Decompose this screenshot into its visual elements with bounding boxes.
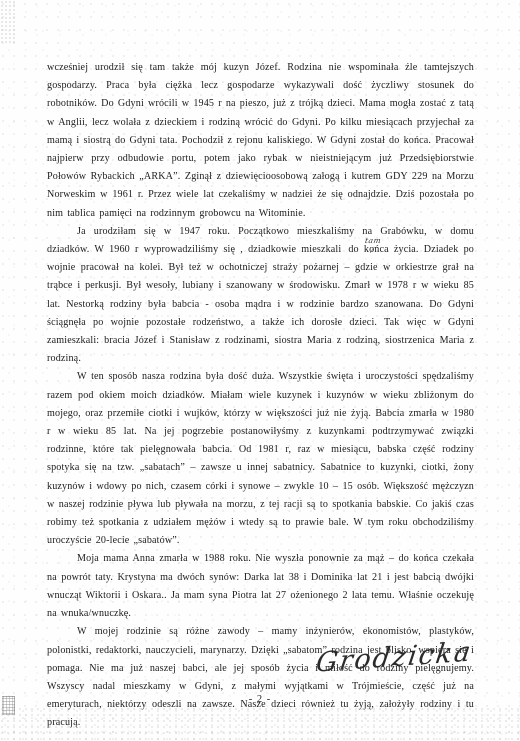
- page-number: - 2 -: [0, 694, 520, 705]
- document-body: wcześniej urodził się tam także mój kuzy…: [47, 59, 474, 733]
- handwritten-word: tam: [334, 232, 383, 250]
- scan-noise-bottom-edge: [0, 707, 520, 741]
- paragraph-text-after-insertion: do końca życia. Dziadek po wojnie pracow…: [47, 244, 474, 364]
- scanned-document-page: wcześniej urodził się tam także mój kuzy…: [0, 0, 520, 741]
- handwritten-insertion: ∕tam: [341, 242, 348, 252]
- paragraph-continuation: wcześniej urodził się tam także mój kuzy…: [47, 59, 474, 223]
- paragraph-mother: Moja mama Anna zmarła w 1988 roku. Nie w…: [47, 550, 474, 623]
- paragraph-childhood: Ja urodziłam się w 1947 roku. Początkowo…: [47, 223, 474, 369]
- scan-noise-corner: [0, 0, 16, 44]
- paragraph-family: W ten sposób nasza rodzina była dość duż…: [47, 368, 474, 550]
